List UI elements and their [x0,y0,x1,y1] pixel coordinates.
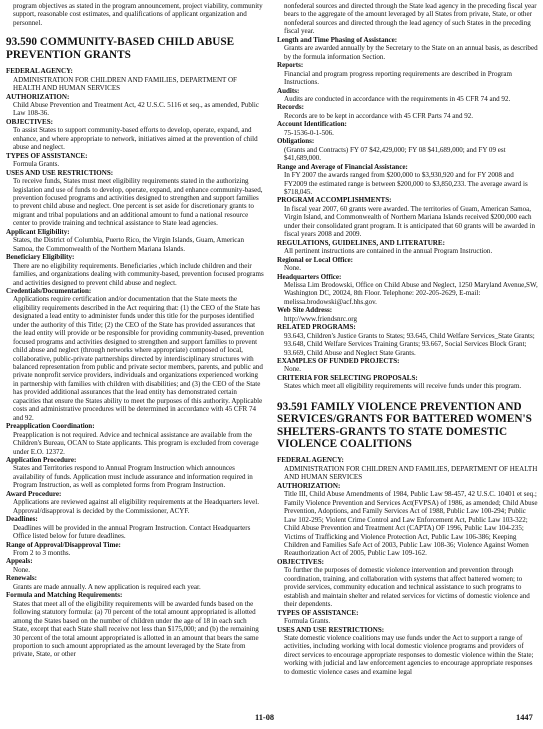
section-body: Preapplication is not required. Advice a… [6,431,264,456]
section-body: Applications are reviewed against all el… [6,498,264,515]
section: FEDERAL AGENCY:ADMINISTRATION FOR CHILDR… [6,67,264,92]
section: USES AND USE RESTRICTIONS:State domestic… [277,626,538,677]
section-heading: FEDERAL AGENCY: [6,67,264,75]
carryover-text: program objectives as stated in the prog… [6,2,264,27]
section: Records:Records are to be kept in accord… [277,103,538,120]
section-body: State domestic violence coalitions may u… [277,634,538,676]
section: Web Site Address:http://www.friendsnrc.o… [277,306,538,323]
section-heading: TYPES OF ASSISTANCE: [6,152,264,160]
section-heading: Web Site Address: [277,306,538,314]
section-heading: Obligations: [277,137,538,145]
section-body: 93.643, Children's Justice Grants to Sta… [277,332,538,357]
section-heading: AUTHORIZATION: [6,93,264,101]
section: TYPES OF ASSISTANCE:Formula Grants. [6,152,264,169]
program-title-93-591: 93.591 FAMILY VIOLENCE PREVENTION AND SE… [277,401,538,451]
section-heading: Deadlines: [6,515,264,523]
section: EXAMPLES OF FUNDED PROJECTS:None. [277,357,538,374]
section: Length and Time Phasing of Assistance:Gr… [277,36,538,61]
section-body: States which meet all eligibility requir… [277,382,538,390]
section-heading: Beneficiary Eligibility: [6,253,264,261]
right-sections-2: FEDERAL AGENCY:ADMINISTRATION FOR CHILDR… [277,456,538,676]
section: Audits:Audits are conducted in accordanc… [277,87,538,104]
section-body: All pertinent instructions are contained… [277,247,538,255]
section: REGULATIONS, GUIDELINES, AND LITERATURE:… [277,239,538,256]
section-body: States, the District of Columbia, Puerto… [6,236,264,253]
section-heading: Reports: [277,61,538,69]
section-body: None. [6,566,264,574]
section-body: States that meet all of the eligibility … [6,600,264,659]
section: FEDERAL AGENCY:ADMINISTRATION FOR CHILDR… [277,456,538,481]
footer-page-number: 1447 [516,713,533,722]
section-heading: Renewals: [6,574,264,582]
section-heading: RELATED PROGRAMS: [277,323,538,331]
section-heading: Award Procedure: [6,490,264,498]
section: Appeals:None. [6,557,264,574]
section-heading: Range of Approval/Disapproval Time: [6,541,264,549]
section: Renewals:Grants are made annually. A new… [6,574,264,591]
section-body: To receive funds, States must meet eligi… [6,177,264,228]
section-body: (Grants and Contracts) FY 07 $42,429,000… [277,146,538,163]
section: Range and Average of Financial Assistanc… [277,163,538,197]
section-heading: USES AND USE RESTRICTIONS: [277,626,538,634]
section-heading: CRITERIA FOR SELECTING PROPOSALS: [277,374,538,382]
section: Preapplication Coordination:Preapplicati… [6,422,264,456]
section-heading: Appeals: [6,557,264,565]
section-body: From 2 to 3 months. [6,549,264,557]
section-body: 75-1536-0-1-506. [277,129,538,137]
section: CRITERIA FOR SELECTING PROPOSALS:States … [277,374,538,391]
section: Beneficiary Eligibility:There are no eli… [6,253,264,287]
section: Obligations:(Grants and Contracts) FY 07… [277,137,538,162]
section-heading: OBJECTIVES: [277,558,538,566]
carryover-text: nonfederal sources and directed through … [277,2,538,36]
section-body: There are no eligibility requirements. B… [6,262,264,287]
section-heading: OBJECTIVES: [6,118,264,126]
section-heading: Audits: [277,87,538,95]
left-sections: FEDERAL AGENCY:ADMINISTRATION FOR CHILDR… [6,67,264,659]
section-heading: Records: [277,103,538,111]
section-body: Grants are made annually. A new applicat… [6,583,264,591]
section: AUTHORIZATION:Title III, Child Abuse Ame… [277,482,538,558]
section-body: To assist States to support community-ba… [6,126,264,151]
section-body: Records are to be kept in accordance wit… [277,112,538,120]
right-column: nonfederal sources and directed through … [277,0,538,676]
section-body: Melissa Lim Brodowski, Office on Child A… [277,281,538,306]
section-heading: Regional or Local Office: [277,256,538,264]
right-sections: Length and Time Phasing of Assistance:Gr… [277,36,538,391]
left-column: program objectives as stated in the prog… [6,0,264,659]
section: Account Identification:75-1536-0-1-506. [277,120,538,137]
section: OBJECTIVES:To assist States to support c… [6,118,264,152]
section: PROGRAM ACCOMPLISHMENTS:In fiscal year 2… [277,196,538,238]
section-heading: TYPES OF ASSISTANCE: [277,609,538,617]
section-heading: REGULATIONS, GUIDELINES, AND LITERATURE: [277,239,538,247]
section-heading: Length and Time Phasing of Assistance: [277,36,538,44]
section-body: In fiscal year 2007, 60 grants were awar… [277,205,538,239]
section: OBJECTIVES:To further the purposes of do… [277,558,538,609]
section: AUTHORIZATION:Child Abuse Prevention and… [6,93,264,118]
section: Deadlines:Deadlines will be provided in … [6,515,264,540]
section-heading: Headquarters Office: [277,273,538,281]
section: Regional or Local Office:None. [277,256,538,273]
section-heading: PROGRAM ACCOMPLISHMENTS: [277,196,538,204]
section: Range of Approval/Disapproval Time:From … [6,541,264,558]
section-body: None. [277,264,538,272]
section-body: To further the purposes of domestic viol… [277,566,538,608]
section-heading: Credentials/Documentation: [6,287,264,295]
section: Award Procedure:Applications are reviewe… [6,490,264,515]
section-heading: Application Procedure: [6,456,264,464]
footer-date-code: 11-08 [255,713,274,722]
section: Reports:Financial and program progress r… [277,61,538,86]
section: Formula and Matching Requirements:States… [6,591,264,659]
section: USES AND USE RESTRICTIONS:To receive fun… [6,169,264,228]
section: RELATED PROGRAMS:93.643, Children's Just… [277,323,538,357]
section: Credentials/Documentation:Applications r… [6,287,264,422]
section-heading: USES AND USE RESTRICTIONS: [6,169,264,177]
section-body: ADMINISTRATION FOR CHILDREN AND FAMILIES… [277,465,538,482]
section-heading: Applicant Eligibility: [6,228,264,236]
section-body: http://www.friendsnrc.org [277,315,538,323]
section-body: Financial and program progress reporting… [277,70,538,87]
section-body: Formula Grants. [277,617,538,625]
section: Application Procedure:States and Territo… [6,456,264,490]
section-body: None. [277,365,538,373]
section-body: ADMINISTRATION FOR CHILDREN AND FAMILIES… [6,76,264,93]
section-body: States and Territories respond to Annual… [6,464,264,489]
section-body: Grants are awarded annually by the Secre… [277,44,538,61]
section-body: Audits are conducted in accordance with … [277,95,538,103]
section: Applicant Eligibility:States, the Distri… [6,228,264,253]
section-body: In FY 2007 the awards ranged from $200,0… [277,171,538,196]
section: TYPES OF ASSISTANCE:Formula Grants. [277,609,538,626]
section-body: Title III, Child Abuse Amendments of 198… [277,490,538,558]
section-body: Formula Grants. [6,160,264,168]
section-heading: FEDERAL AGENCY: [277,456,538,464]
section-heading: Range and Average of Financial Assistanc… [277,163,538,171]
section: Headquarters Office:Melissa Lim Brodowsk… [277,273,538,307]
section-heading: Formula and Matching Requirements: [6,591,264,599]
program-title-93-590: 93.590 COMMUNITY-BASED CHILD ABUSE PREVE… [6,36,264,61]
section-body: Child Abuse Prevention and Treatment Act… [6,101,264,118]
section-heading: Preapplication Coordination: [6,422,264,430]
section-body: Applications require certification and/o… [6,295,264,422]
section-heading: Account Identification: [277,120,538,128]
section-body: Deadlines will be provided in the annual… [6,524,264,541]
section-heading: EXAMPLES OF FUNDED PROJECTS: [277,357,538,365]
section-heading: AUTHORIZATION: [277,482,538,490]
